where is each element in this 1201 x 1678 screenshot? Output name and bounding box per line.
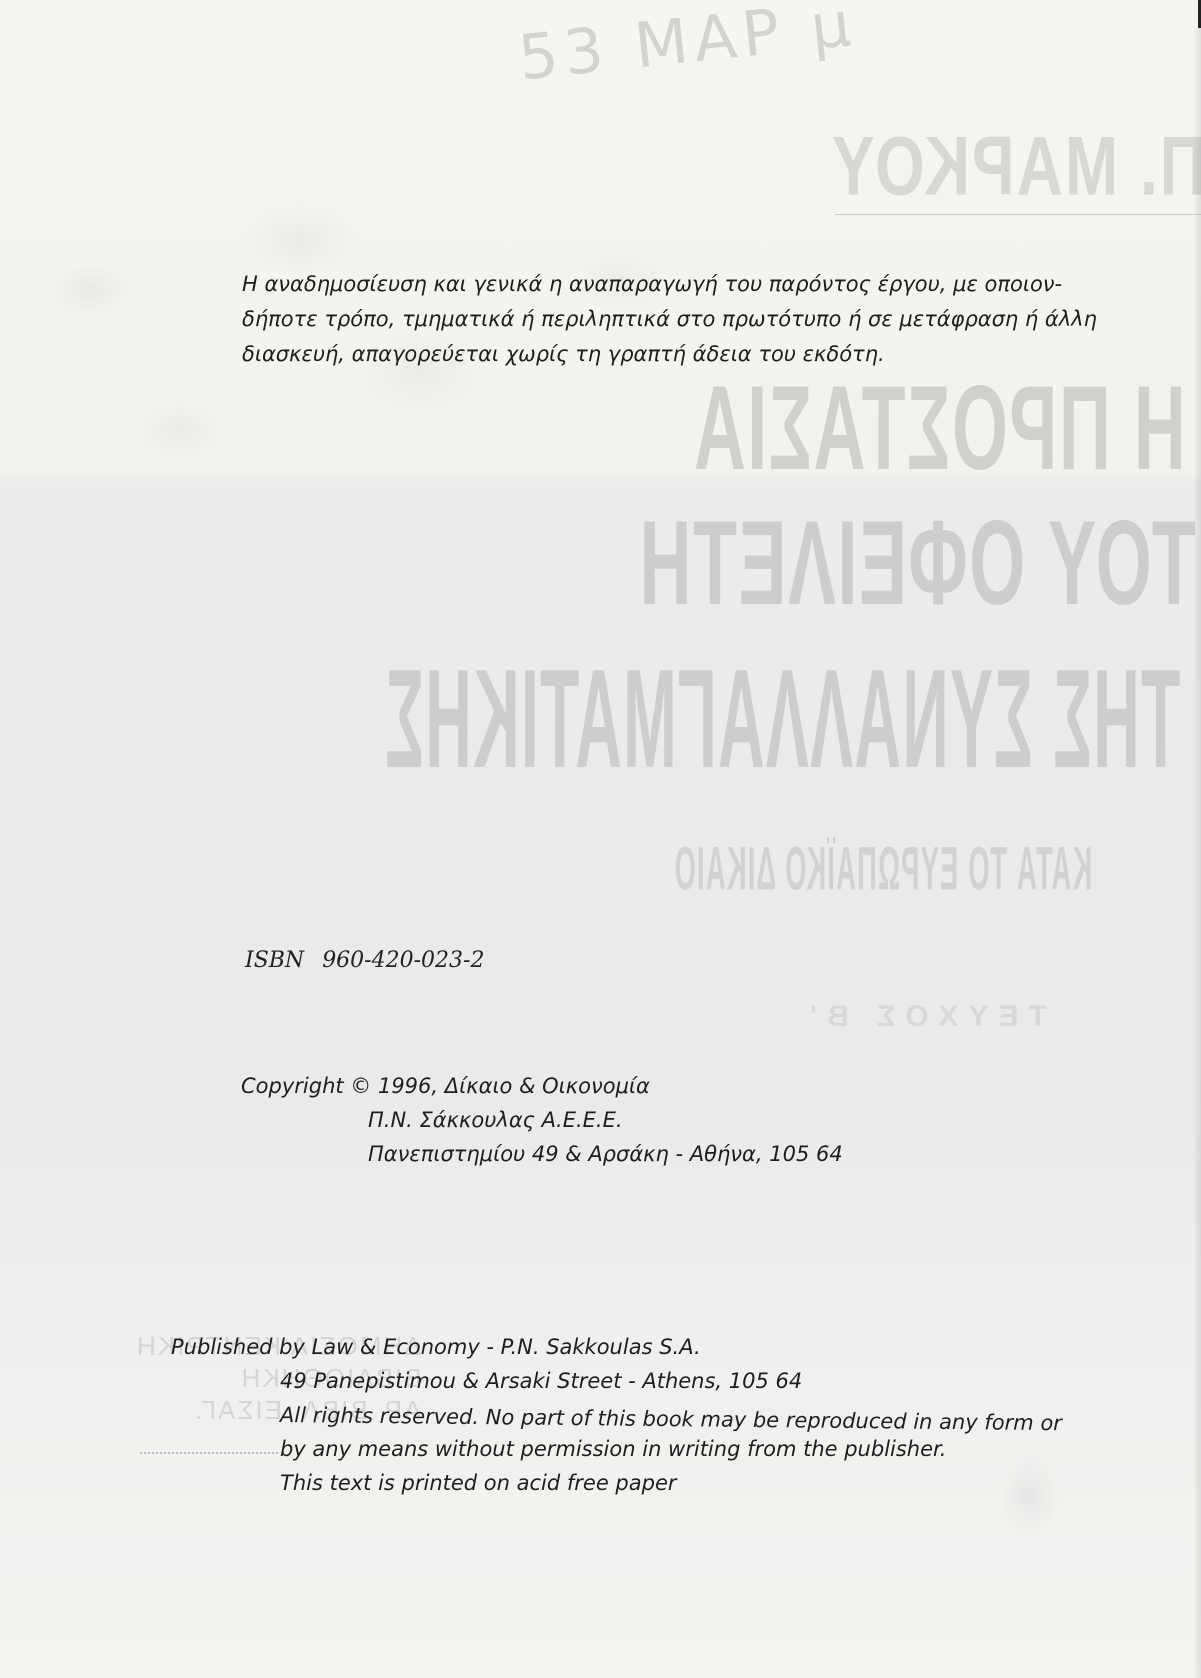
page-edge-shadow <box>1193 28 1201 1678</box>
show-through-title-line-1: Η ΠΡΟΣΤΑΣΙΑ <box>692 360 1186 498</box>
isbn-label: ISBN <box>245 948 304 973</box>
isbn: ISBN960-420-023-2 <box>245 948 484 973</box>
book-page: 53 ΜΑΡ μ Ι.Π. ΜΑΡΚΟΥ Η ΠΡΟΣΤΑΣΙΑ ΤΟΥ ΟΦΕ… <box>0 0 1201 1678</box>
notice-line: Η αναδημοσίευση και γενικά η αναπαραγωγή… <box>242 272 1062 296</box>
publisher-line: by any means without permission in writi… <box>280 1437 946 1461</box>
notice-line: διασκευή, απαγορεύεται χωρίς τη γραπτή ά… <box>242 342 885 366</box>
show-through-subtitle: ΚΑΤΑ ΤΟ ΕΥΡΩΠΑΪΚΟ ΔΙΚΑΙΟ <box>673 835 1092 905</box>
copyright-line: Copyright © 1996, Δίκαιο & Οικονομία <box>241 1074 650 1098</box>
copyright-line: Π.Ν. Σάκκουλας Α.Ε.Ε.Ε. <box>368 1108 623 1132</box>
isbn-value: 960-420-023-2 <box>322 948 484 973</box>
notice-line: δήποτε τρόπο, τμηματικά ή περιληπτικά στ… <box>242 307 1097 331</box>
show-through-logo <box>990 1440 1070 1550</box>
publisher-line: Published by Law & Economy - P.N. Sakkou… <box>171 1335 701 1359</box>
show-through-author: Ι.Π. ΜΑΡΚΟΥ <box>830 118 1201 214</box>
show-through-volume: ΤΕΥΧΟΣ Β' <box>800 1000 1047 1034</box>
dotted-leader-line <box>140 1452 278 1454</box>
publisher-line: All rights reserved. No part of this boo… <box>280 1403 1062 1435</box>
show-through-title-line-3: ΤΗΣ ΣΥΝΑΛΛΑΓΜΑΤΙΚΗΣ <box>384 640 1180 801</box>
copyright-line: Πανεπιστημίου 49 & Αρσάκη - Αθήνα, 105 6… <box>368 1142 843 1166</box>
handwritten-note: 53 ΜΑΡ μ <box>515 0 860 95</box>
publisher-line: This text is printed on acid free paper <box>280 1471 677 1495</box>
publisher-line: 49 Panepistimou & Arsaki Street - Athens… <box>280 1369 802 1393</box>
show-through-title-line-2: ΤΟΥ ΟΦΕΙΛΕΤΗ <box>638 495 1196 633</box>
show-through-rule <box>835 214 1201 215</box>
